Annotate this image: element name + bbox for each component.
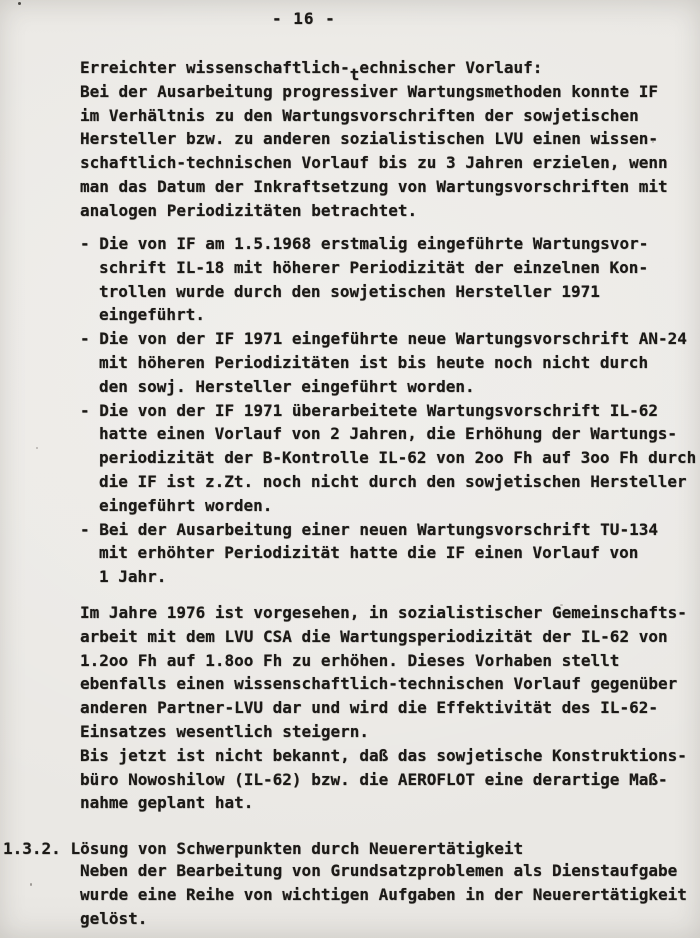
text-line: büro Nowoshilow (IL-62) bzw. die AEROFLO… — [80, 768, 700, 792]
bullet-item-il18: - Die von IF am 1.5.1968 erstmalig einge… — [80, 232, 700, 327]
bullet-item-an24: - Die von der IF 1971 eingeführte neue W… — [80, 327, 700, 398]
text-line: die IF ist z.Zt. noch nicht durch den so… — [80, 470, 700, 494]
text-line: eingeführt. — [80, 303, 700, 327]
text-line: mit höheren Periodizitäten ist bis heute… — [80, 351, 700, 375]
bullet-item-tu134: - Bei der Ausarbeitung einer neuen Wartu… — [80, 518, 700, 589]
section-title: Lösung von Schwerpunkten durch Neuerertä… — [70, 839, 523, 858]
text-line: mit erhöhter Periodizität hatte die IF e… — [80, 541, 700, 565]
page-number: - 16 - — [272, 7, 336, 31]
heading-subscript-t: t — [350, 65, 360, 84]
text-line: trollen wurde durch den sowjetischen Her… — [80, 280, 700, 304]
text-line: schrift IL-18 mit höherer Periodizität d… — [80, 256, 700, 280]
heading-text-pre: Erreichter wissenschaftlich- — [80, 58, 350, 77]
paragraph-note-aeroflot: Bis jetzt ist nicht bekannt, daß das sow… — [80, 744, 700, 815]
scan-speckle — [30, 883, 32, 886]
text-line: periodizität der B-Kontrolle IL-62 von 2… — [80, 446, 700, 470]
text-line: Bei der Ausarbeitung progressiver Wartun… — [80, 80, 700, 104]
text-line: im Verhältnis zu den Wartungsvorschrifte… — [80, 104, 700, 128]
text-line: wurde eine Reihe von wichtigen Aufgaben … — [80, 883, 700, 907]
scan-speckle — [18, 2, 21, 5]
paragraphs-plan-and-note: Im Jahre 1976 ist vorgesehen, in soziali… — [80, 601, 700, 815]
text-line: Bis jetzt ist nicht bekannt, daß das sow… — [80, 744, 700, 768]
section-132-heading: 1.3.2. Lösung von Schwerpunkten durch Ne… — [3, 837, 523, 861]
text-line: - Die von der IF 1971 eingeführte neue W… — [80, 327, 700, 351]
text-line: Hersteller bzw. zu anderen sozialistisch… — [80, 127, 700, 151]
scan-speckle — [36, 447, 38, 449]
text-line: - Die von der IF 1971 überarbeitete Wart… — [80, 399, 700, 423]
text-line: eingeführt worden. — [80, 494, 700, 518]
bullet-list: - Die von IF am 1.5.1968 erstmalig einge… — [80, 232, 700, 589]
text-line: ebenfalls einen wissenschaftlich-technis… — [80, 672, 700, 696]
text-line: schaftlich-technischen Vorlauf bis zu 3 … — [80, 151, 700, 175]
paragraph-neuerer: Neben der Bearbeitung von Grundsatzprobl… — [80, 859, 700, 930]
scanned-document-page: - 16 - Erreichter wissenschaftlich-techn… — [0, 0, 700, 938]
text-line: man das Datum der Inkraftsetzung von War… — [80, 175, 700, 199]
text-line: Einsatzes wesentlich steigern. — [80, 720, 700, 744]
text-line: anderen Partner-LVU dar und wird die Eff… — [80, 696, 700, 720]
bullet-item-il62: - Die von der IF 1971 überarbeitete Wart… — [80, 399, 700, 518]
text-line: analogen Periodizitäten betrachtet. — [80, 199, 700, 223]
text-line: Neben der Bearbeitung von Grundsatzprobl… — [80, 859, 700, 883]
text-line: - Die von IF am 1.5.1968 erstmalig einge… — [80, 232, 700, 256]
paragraph-plan-1976: Im Jahre 1976 ist vorgesehen, in soziali… — [80, 601, 700, 744]
text-line: den sowj. Hersteller eingeführt worden. — [80, 375, 700, 399]
text-line: arbeit mit dem LVU CSA die Wartungsperio… — [80, 625, 700, 649]
text-line: - Bei der Ausarbeitung einer neuen Wartu… — [80, 518, 700, 542]
text-line: 1 Jahr. — [80, 565, 700, 589]
heading-text-post: echnischer Vorlauf: — [359, 58, 542, 77]
section-vorlauf-heading: Erreichter wissenschaftlich-technischer … — [80, 56, 700, 80]
text-line: 1.2oo Fh auf 1.8oo Fh zu erhöhen. Dieses… — [80, 649, 700, 673]
text-line: Im Jahre 1976 ist vorgesehen, in soziali… — [80, 601, 700, 625]
text-line: gelöst. — [80, 907, 700, 931]
text-line: hatte einen Vorlauf von 2 Jahren, die Er… — [80, 422, 700, 446]
section-vorlauf: Erreichter wissenschaftlich-technischer … — [80, 56, 700, 223]
section-number: 1.3.2. — [3, 839, 61, 858]
text-line: nahme geplant hat. — [80, 791, 700, 815]
